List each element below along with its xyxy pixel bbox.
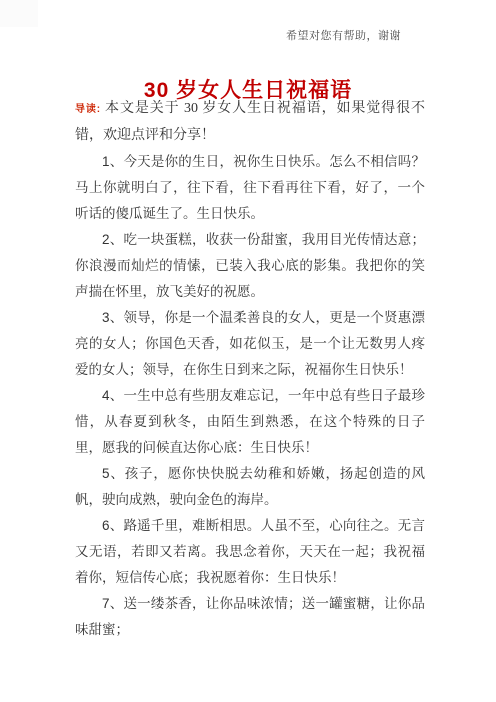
body-paragraph: 3、领导，你是一个温柔善良的女人，更是一个贤惠漂亮的女人；你国色天香，如花似玉，…	[75, 305, 425, 383]
body-paragraph: 7、送一缕茶香，让你品味浓情；送一罐蜜糖，让你品味甜蜜；	[75, 591, 425, 643]
scan-corner-artifact	[0, 0, 38, 27]
document-page: 希望对您有帮助，谢谢 30 岁女人生日祝福语 导读:本文是关于 30 岁女人生日…	[0, 0, 496, 702]
intro-text: 本文是关于 30 岁女人生日祝福语，如果觉得很不错，欢迎点评和分享！	[75, 101, 425, 143]
paragraph-list: 1、今天是你的生日，祝你生日快乐。怎么不相信吗？马上你就明白了，往下看，往下看再…	[75, 149, 425, 643]
body-paragraph: 2、吃一块蛋糕，收获一份甜蜜，我用目光传情达意；你浪漫而灿烂的情愫，已装入我心底…	[75, 227, 425, 305]
document-body: 导读:本文是关于 30 岁女人生日祝福语，如果觉得很不错，欢迎点评和分享！ 1、…	[75, 96, 425, 643]
intro-paragraph: 导读:本文是关于 30 岁女人生日祝福语，如果觉得很不错，欢迎点评和分享！	[75, 96, 425, 149]
body-paragraph: 1、今天是你的生日，祝你生日快乐。怎么不相信吗？马上你就明白了，往下看，往下看再…	[75, 149, 425, 227]
intro-label: 导读:	[75, 104, 100, 115]
body-paragraph: 6、路遥千里，难断相思。人虽不至，心向往之。无言又无语，若即又若离。我思念着你，…	[75, 513, 425, 591]
body-paragraph: 5、孩子，愿你快快脱去幼稚和娇嫩，扬起创造的风帆，驶向成熟，驶向金色的海岸。	[75, 461, 425, 513]
body-paragraph: 4、一生中总有些朋友难忘记，一年中总有些日子最珍惜，从春夏到秋冬，由陌生到熟悉，…	[75, 383, 425, 461]
header-note: 希望对您有帮助，谢谢	[286, 27, 401, 43]
